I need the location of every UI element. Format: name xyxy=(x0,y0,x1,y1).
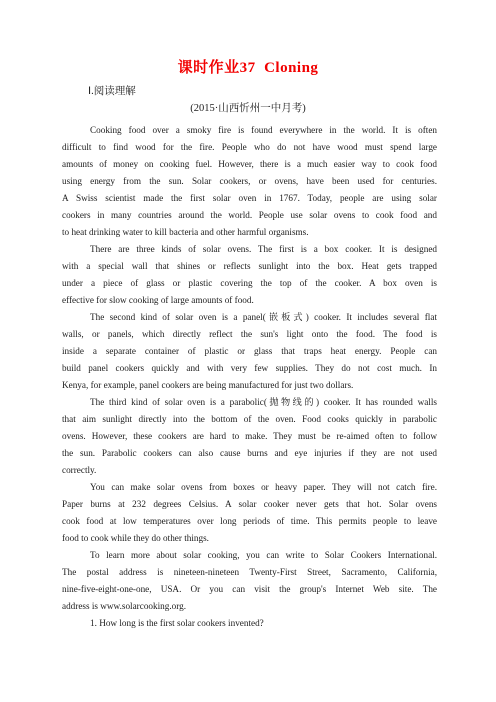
article-line: Kenya, for example, panel cookers are be… xyxy=(62,377,437,394)
article-line: to heat drinking water to kill bacteria … xyxy=(62,224,437,241)
article-line: Paper burns at 232 degrees Celsius. A so… xyxy=(62,496,437,513)
article-line: The postal address is nineteen-nineteen … xyxy=(62,564,437,581)
article-line: with a special wall that shines or refle… xyxy=(62,258,437,275)
paragraph: The second kind of solar oven is a panel… xyxy=(62,309,437,394)
page-title: 课时作业37 Cloning xyxy=(0,58,496,78)
article-line: that aim sunlight directly into the bott… xyxy=(62,411,437,428)
paragraph: The third kind of solar oven is a parabo… xyxy=(62,394,437,479)
article-line: nine-five-eight-one-one, USA. Or you can… xyxy=(62,581,437,598)
article-line: address is www.solarcooking.org. xyxy=(62,598,437,615)
article-line: Cooking food over a smoky fire is found … xyxy=(62,122,437,139)
article-line: using energy from the sun. Solar cookers… xyxy=(62,173,437,190)
article-line: inside a separate container of plastic o… xyxy=(62,343,437,360)
article-line: walls, or panels, which directly reflect… xyxy=(62,326,437,343)
article-line: To learn more about solar cooking, you c… xyxy=(62,547,437,564)
article-line: cookers in many countries around the wor… xyxy=(62,207,437,224)
paragraph: You can make solar ovens from boxes or h… xyxy=(62,479,437,547)
paragraph: Cooking food over a smoky fire is found … xyxy=(62,122,437,241)
worksheet-page: 课时作业37 Cloning Ⅰ.阅读理解 (2015·山西忻州一中月考) Co… xyxy=(0,0,496,702)
article-line: You can make solar ovens from boxes or h… xyxy=(62,479,437,496)
article-line: effective for slow cooking of large amou… xyxy=(62,292,437,309)
paragraph: There are three kinds of solar ovens. Th… xyxy=(62,241,437,309)
article-line: There are three kinds of solar ovens. Th… xyxy=(62,241,437,258)
article-line: the sun. Parabolic cookers can also caus… xyxy=(62,445,437,462)
article-line: ovens. However, these cookers are hard t… xyxy=(62,428,437,445)
section-label: Ⅰ.阅读理解 xyxy=(88,85,496,99)
article-line: correctly. xyxy=(62,462,437,479)
article-line: difficult to find wood for the fire. Peo… xyxy=(62,139,437,156)
article-line: food to cook while they do other things. xyxy=(62,530,437,547)
question-1: 1. How long is the first solar cookers i… xyxy=(62,615,437,632)
article-line: cook food at low temperatures over long … xyxy=(62,513,437,530)
exam-source: (2015·山西忻州一中月考) xyxy=(0,101,496,116)
article: Cooking food over a smoky fire is found … xyxy=(62,122,437,615)
article-line: under a piece of glass or plastic coveri… xyxy=(62,275,437,292)
article-line: The third kind of solar oven is a parabo… xyxy=(62,394,437,411)
article-line: A Swiss scientist made the first solar o… xyxy=(62,190,437,207)
article-line: amounts of money on cooking fuel. Howeve… xyxy=(62,156,437,173)
paragraph: To learn more about solar cooking, you c… xyxy=(62,547,437,615)
article-line: The second kind of solar oven is a panel… xyxy=(62,309,437,326)
article-line: build panel cookers quickly and with ver… xyxy=(62,360,437,377)
